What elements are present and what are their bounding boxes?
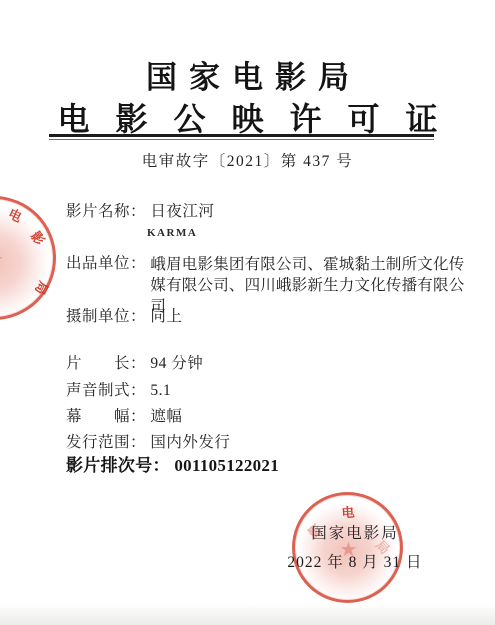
field-value: 001105122021 xyxy=(174,456,279,476)
authority-title: 国家电影局 xyxy=(0,52,495,97)
field-label: 声音制式： xyxy=(66,381,146,401)
seal-char: 局 xyxy=(31,278,54,298)
seal-char: 影 xyxy=(27,227,50,249)
national-emblem-icon: ★ xyxy=(0,253,2,267)
issuer-name: 国家电影局 xyxy=(280,521,430,543)
field-label: 影片排次号： xyxy=(66,456,170,476)
field-value: 峨眉电影集团有限公司、霍城黏土制所文化传媒有限公司、四川峨影新生力文化传播有限公… xyxy=(150,254,478,317)
field-row-sound-format: 声音制式： 5.1 xyxy=(66,381,171,401)
permit-number: 电审故字〔2021〕第 437 号 xyxy=(0,149,495,171)
left-official-seal: 电 影 局 ★ xyxy=(0,196,56,320)
field-label: 影片名称： xyxy=(66,202,146,222)
field-label: 幕 幅： xyxy=(66,407,146,427)
field-value: 国内外发行 xyxy=(150,433,230,453)
field-row-film-serial-number: 影片排次号： 001105122021 xyxy=(66,456,279,476)
film-title-english: KARMA xyxy=(147,227,197,239)
field-label: 出品单位： xyxy=(66,254,146,274)
field-label: 片 长： xyxy=(66,354,146,374)
permit-document: 电 影 局 ★ 国家电影局 电影公映许可证 电审故字〔2021〕第 437 号 … xyxy=(0,0,495,625)
field-row-filming-unit: 摄制单位： 同上 xyxy=(66,307,182,327)
field-value: 遮幅 xyxy=(150,407,182,427)
title-rule xyxy=(49,134,434,140)
seal-char: 电 xyxy=(5,203,25,226)
field-label: 摄制单位： xyxy=(66,307,146,327)
seal-char: 电 xyxy=(340,502,354,522)
field-row-runtime: 片 长： 94 分钟 xyxy=(66,354,203,374)
field-row-film-title: 影片名称： 日夜江河 xyxy=(66,202,214,222)
field-row-distribution-scope: 发行范围： 国内外发行 xyxy=(66,433,230,453)
field-label: 发行范围： xyxy=(66,433,146,453)
field-value: 日夜江河 xyxy=(150,202,214,222)
official-seal: 电 影 局 ★ xyxy=(292,492,403,603)
field-value: 5.1 xyxy=(150,381,171,401)
issue-date: 2022 年 8 月 31 日 xyxy=(278,550,432,572)
field-value: 94 分钟 xyxy=(150,354,203,374)
field-value: 同上 xyxy=(150,307,182,327)
field-row-aspect: 幕 幅： 遮幅 xyxy=(66,407,182,427)
scan-edge-shadow xyxy=(0,603,495,625)
